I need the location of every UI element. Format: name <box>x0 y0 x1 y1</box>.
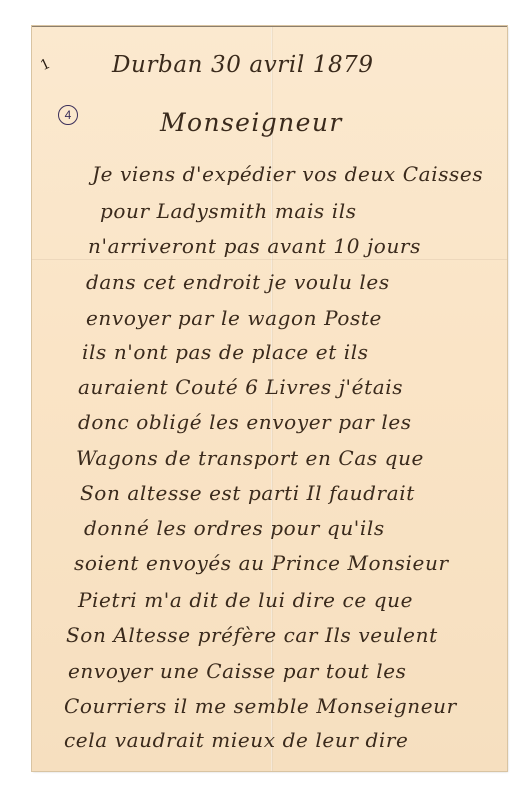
letter-body-line: Courriers il me semble Monseigneur <box>64 694 457 718</box>
paper-fold-horizontal <box>32 259 507 260</box>
letter-body-line: dans cet endroit je voulu les <box>86 270 390 294</box>
letter-body-line: donc obligé les envoyer par les <box>78 410 412 434</box>
letter-body-line: Je viens d'expédier vos deux Caisses <box>92 162 483 186</box>
letter-body-line: pour Ladysmith mais ils <box>100 199 357 223</box>
letter-body-line: Pietri m'a dit de lui dire ce que <box>78 588 413 612</box>
letter-body-line: envoyer une Caisse par tout les <box>68 659 407 683</box>
letter-body-line: donné les ordres pour qu'ils <box>84 516 385 540</box>
letter-body-line: n'arriveront pas avant 10 jours <box>88 234 421 258</box>
letter-body-line: soient envoyés au Prince Monsieur <box>74 551 449 575</box>
letter-body-line: auraient Couté 6 Livres j'étais <box>78 375 403 399</box>
letter-body-line: Son Altesse préfère car Ils veulent <box>66 623 438 647</box>
folio-circled-number: 4 <box>58 105 78 125</box>
letter-body-line: Wagons de transport en Cas que <box>76 446 424 470</box>
letter-body-line: envoyer par le wagon Poste <box>86 306 382 330</box>
letter-body-line: cela vaudrait mieux de leur dire <box>64 728 408 752</box>
letter-body-line: Son altesse est parti Il faudrait <box>80 481 415 505</box>
letter-body-line: ils n'ont pas de place et ils <box>82 340 369 364</box>
letter-salutation: Monseigneur <box>160 108 343 137</box>
letter-date-line: Durban 30 avril 1879 <box>112 52 374 78</box>
